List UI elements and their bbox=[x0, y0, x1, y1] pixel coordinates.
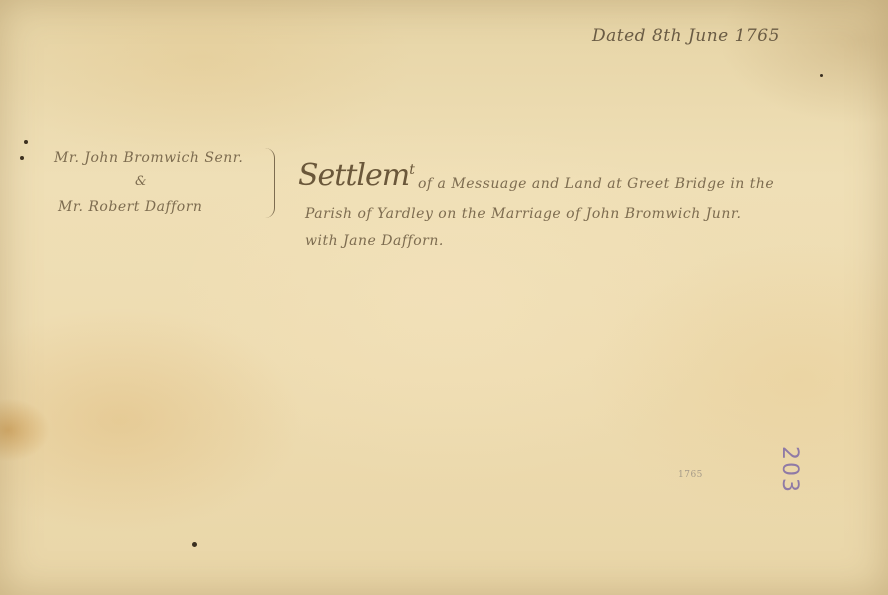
ink-spot-icon bbox=[192, 542, 197, 547]
ink-spot-icon bbox=[24, 140, 28, 144]
faint-pencil-note: 1765 bbox=[678, 470, 703, 480]
description-line-1: of a Messuage and Land at Greet Bridge i… bbox=[418, 176, 774, 192]
document-heading: Settlemt bbox=[298, 158, 414, 193]
ink-spot-icon bbox=[20, 156, 24, 160]
description-line-3: with Jane Dafforn. bbox=[305, 233, 444, 249]
description-line-2: Parish of Yardley on the Marriage of Joh… bbox=[305, 206, 741, 222]
ink-spot-icon bbox=[820, 74, 823, 77]
date-line: Dated 8th June 1765 bbox=[592, 26, 780, 46]
party-one: Mr. John Bromwich Senr. bbox=[54, 150, 243, 166]
archive-number: 203 bbox=[777, 446, 802, 494]
party-conjunction: & bbox=[135, 174, 147, 189]
heading-superscript: t bbox=[409, 162, 414, 178]
party-two: Mr. Robert Dafforn bbox=[58, 199, 202, 215]
brace-icon bbox=[264, 148, 275, 218]
parchment-document: Dated 8th June 1765 Mr. John Bromwich Se… bbox=[0, 0, 888, 595]
heading-main: Settlem bbox=[298, 158, 409, 193]
